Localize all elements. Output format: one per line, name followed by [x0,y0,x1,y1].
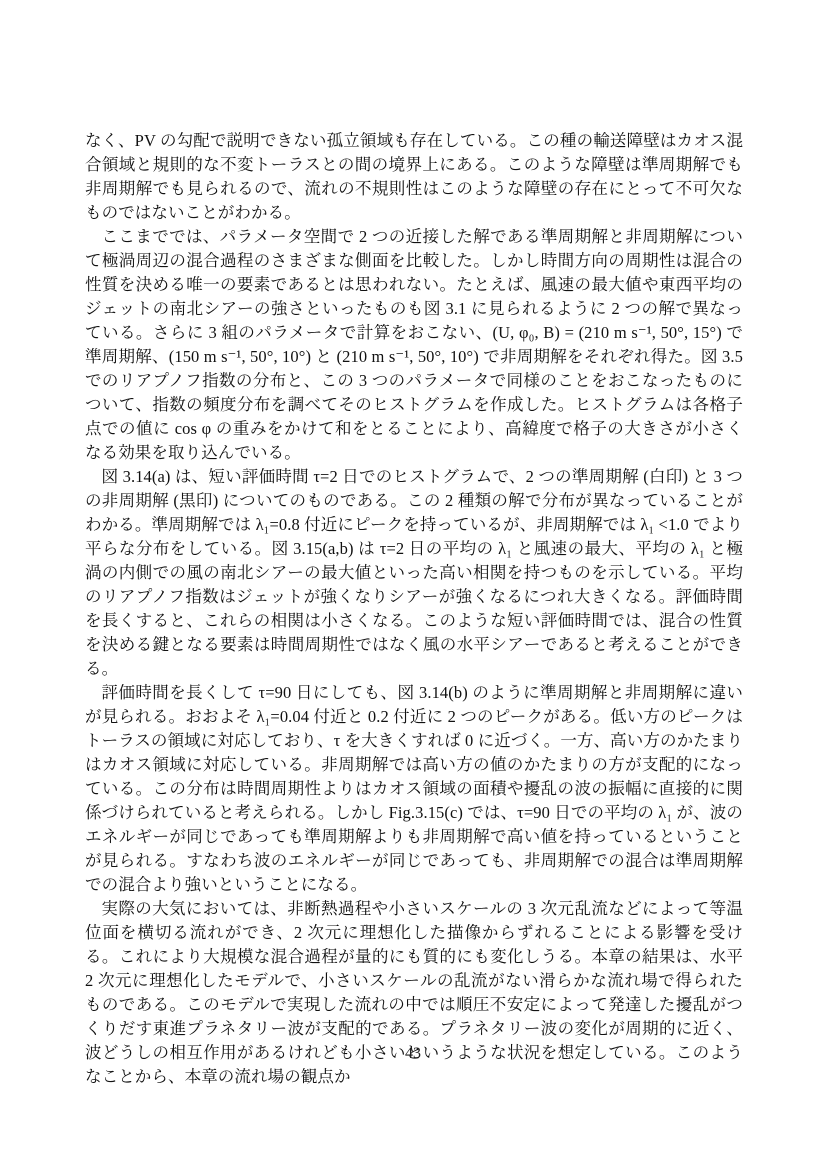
paragraph-1: なく、PV の勾配で説明できない孤立領域も存在している。この種の輸送障壁はカオス… [85,129,743,225]
paragraph-4: 評価時間を長くして τ=90 日にしても、図 3.14(b) のように準周期解と… [85,681,743,897]
paragraph-3: 図 3.14(a) は、短い評価時間 τ=2 日でのヒストグラムで、2 つの準周… [85,465,743,681]
page-number: 43 [0,1045,826,1063]
document-page: なく、PV の勾配で説明できない孤立領域も存在している。この種の輸送障壁はカオス… [0,0,826,1169]
body-text: なく、PV の勾配で説明できない孤立領域も存在している。この種の輸送障壁はカオス… [85,129,743,1089]
paragraph-2: ここまででは、パラメータ空間で 2 つの近接した解である準周期解と非周期解につい… [85,225,743,465]
